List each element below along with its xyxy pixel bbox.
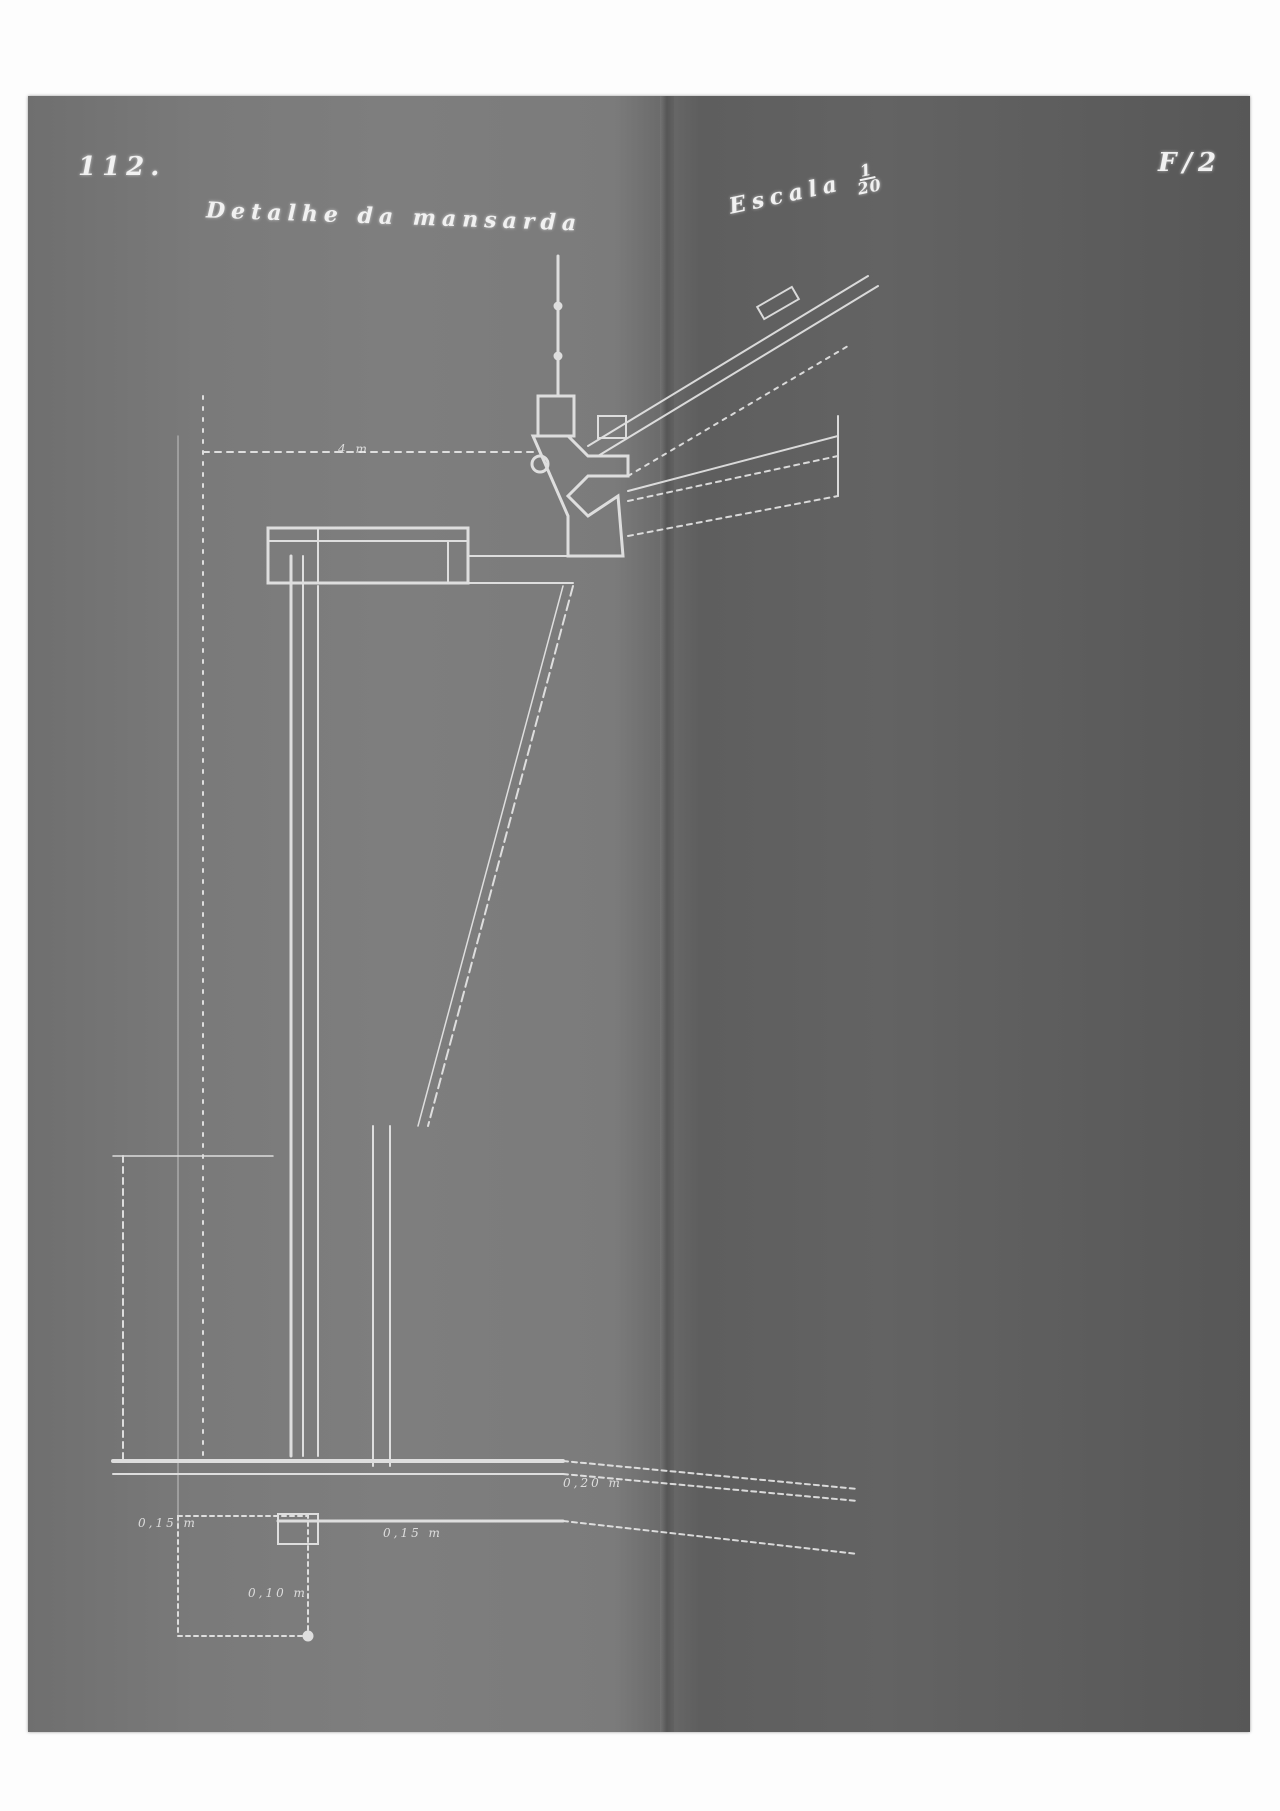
- drawing-sheet: 112. F/2 Detalhe da mansarda Escala 1 20…: [28, 96, 1250, 1732]
- mansard-section-drawing: [28, 96, 1250, 1732]
